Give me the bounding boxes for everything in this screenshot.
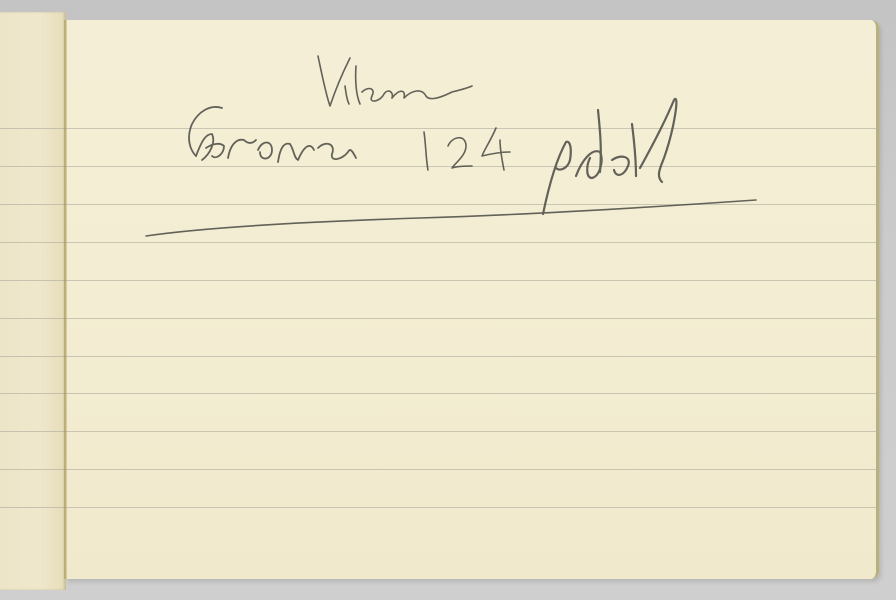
handwriting-number-124 — [424, 128, 510, 170]
handwriting-sprona — [189, 107, 356, 162]
handwriting-vilano — [318, 56, 472, 106]
handwriting-pdal — [543, 99, 676, 214]
handwriting — [0, 0, 896, 600]
handwriting-underline — [146, 200, 756, 236]
